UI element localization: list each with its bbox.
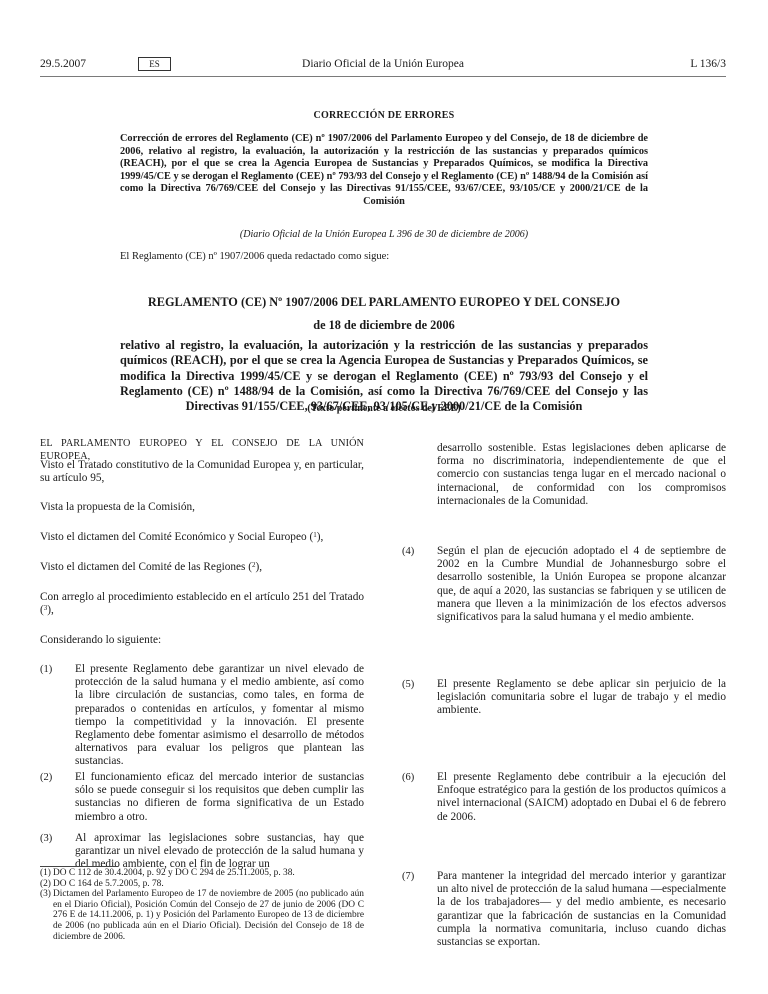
recital-text: desarrollo sostenible. Estas legislacion… (437, 442, 726, 508)
footnote-text: DO C 112 de 30.4.2004, p. 92 y DO C 294 … (53, 868, 295, 878)
footnote-text: DO C 164 de 5.7.2005, p. 78. (53, 879, 164, 889)
page-reference: L 136/3 (690, 58, 726, 70)
recital-text: El funcionamiento eficaz del mercado int… (75, 771, 364, 824)
footnote-3: (3) Dictamen del Parlamento Europeo de 1… (40, 889, 364, 942)
recital-text: Al aproximar las legislaciones sobre sus… (75, 832, 364, 872)
recital-number: (7) (402, 870, 414, 883)
whereas-intro: Considerando lo siguiente: (40, 634, 364, 647)
intro-line: El Reglamento (CE) nº 1907/2006 queda re… (120, 251, 389, 262)
recital-text: Para mantener la integridad del mercado … (437, 870, 726, 949)
recital-number: (2) (40, 771, 52, 784)
footnote-mark: (2) (40, 879, 51, 890)
recital-number: (6) (402, 771, 414, 784)
footnote-divider (40, 866, 118, 867)
recital-text: Según el plan de ejecución adoptado el 4… (437, 545, 726, 624)
recital-number: (1) (40, 663, 52, 676)
footnote-mark: (1) (40, 868, 51, 879)
footnotes: (1) DO C 112 de 30.4.2004, p. 92 y DO C … (40, 868, 364, 942)
footnote-mark: (3) (40, 889, 51, 900)
regulation-title: REGLAMENTO (CE) Nº 1907/2006 DEL PARLAME… (120, 295, 648, 310)
recital-text: El presente Reglamento debe contribuir a… (437, 771, 726, 824)
recital-text: El presente Reglamento se debe aplicar s… (437, 678, 726, 718)
eee-relevance-note: (Texto pertinente a efectos del EEE) (120, 403, 648, 414)
recital-number: (4) (402, 545, 414, 558)
official-journal-reference: (Diario Oficial de la Unión Europea L 39… (120, 229, 648, 240)
footnote-text: Dictamen del Parlamento Europeo de 17 de… (53, 889, 364, 941)
journal-title: Diario Oficial de la Unión Europea (40, 58, 726, 70)
citation-proposal: Vista la propuesta de la Comisión, (40, 501, 364, 514)
citation-cor: Visto el dictamen del Comité de las Regi… (40, 561, 364, 574)
recital-number: (5) (402, 678, 414, 691)
footnote-1: (1) DO C 112 de 30.4.2004, p. 92 y DO C … (40, 868, 364, 879)
section-title: CORRECCIÓN DE ERRORES (120, 110, 648, 121)
footnote-2: (2) DO C 164 de 5.7.2005, p. 78. (40, 879, 364, 890)
citation-eesc: Visto el dictamen del Comité Económico y… (40, 531, 364, 544)
recital-number: (3) (40, 832, 52, 845)
citation-procedure: Con arreglo al procedimiento establecido… (40, 591, 364, 617)
recital-text: El presente Reglamento debe garantizar u… (75, 663, 364, 769)
regulation-date: de 18 de diciembre de 2006 (120, 318, 648, 333)
correction-title: Corrección de errores del Reglamento (CE… (120, 133, 648, 209)
page-header: 29.5.2007 ES Diario Oficial de la Unión … (40, 54, 726, 77)
citation-treaty: Visto el Tratado constitutivo de la Comu… (40, 459, 364, 485)
